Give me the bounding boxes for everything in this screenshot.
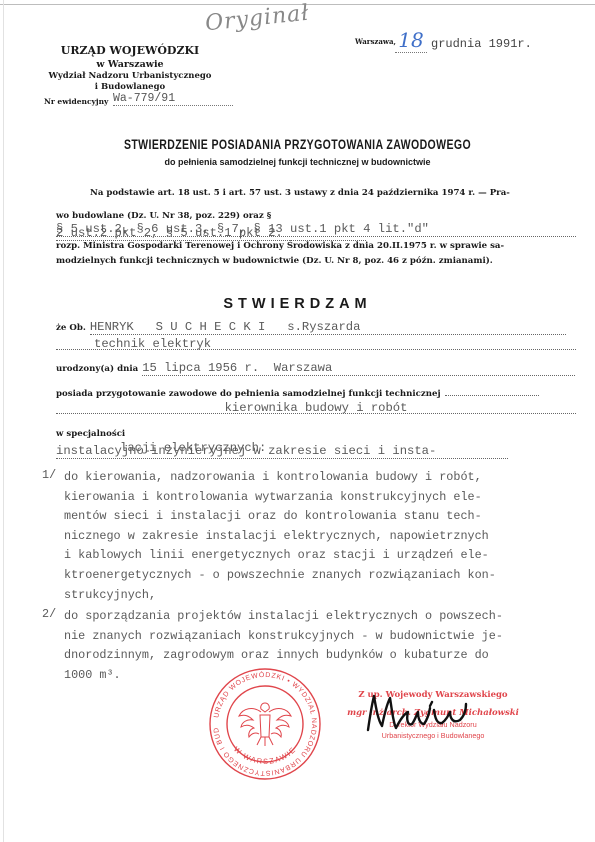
official-round-stamp: URZĄD WOJEWÓDZKI • WYDZIAŁ NADZORU URBAN… [208, 667, 322, 781]
birth-label: urodzony(a) dnia [56, 364, 138, 374]
scope-line: mentów sieci i instalacji oraz do kontro… [64, 507, 496, 527]
scope-item-number: 1/ [42, 468, 56, 482]
date-month-year: grudnia 1991r. [431, 37, 532, 51]
legal-basis-fill2: § 5 ust.2, § 6 ust.3, § 7, § 13 ust.1 pk… [56, 222, 576, 237]
scope-line: strukcyjnych, [64, 586, 496, 606]
handwritten-annotation: Oryginał [204, 1, 311, 37]
scope-line: nicznego w zakresie instalacji elektrycz… [64, 527, 496, 547]
scope-item-number: 2/ [42, 607, 56, 621]
specialty-line2: lacji elektrycznych: [120, 441, 266, 455]
person-row: że Ob. HENRYK S U C H E C K I s.Ryszarda [56, 317, 576, 335]
scope-line: do sporządzania projektów instalacji ele… [64, 607, 503, 627]
profession-row: technik elektryk [56, 334, 576, 350]
birth-value: 15 lipca 1956 r. Warszawa [142, 361, 575, 376]
office-city: w Warszawie [40, 59, 220, 70]
function-value: kierownika budowy i robót [225, 401, 408, 415]
scope-line: kierowania i kontrolowania wytwarzania k… [64, 488, 496, 508]
birth-row: urodzony(a) dnia 15 lipca 1956 r. Warsza… [56, 358, 576, 376]
qualification-blank [445, 386, 539, 396]
scope-line: i kablowych linii energetycznych oraz st… [64, 546, 496, 566]
scope-line: nie znanych rozwiązaniach konstrukcyjnyc… [64, 627, 503, 647]
document-subtitle: do pełnienia samodzielnej funkcji techni… [0, 157, 595, 167]
legal-basis-line1: Na podstawie art. 18 ust. 5 i art. 57 us… [90, 188, 510, 198]
handwritten-signature [360, 690, 470, 736]
scope-line: ktroenergetycznych - o powszechnie znany… [64, 566, 496, 586]
place-label: Warszawa, [355, 37, 396, 46]
date-day: 18 [395, 28, 427, 53]
registry-number: Wa-779/91 [113, 92, 233, 106]
function-row: kierownika budowy i robót [56, 398, 576, 414]
scope-line: do kierowania, nadzorowania i kontrolowa… [64, 468, 496, 488]
scope-line: dnorodzinnym, zagrodowym oraz innych bud… [64, 646, 503, 666]
legal-basis-line5: modzielnych funkcji technicznych w budow… [56, 256, 493, 266]
legal-basis-line2-prefix: wo budowlane (Dz. U. Nr 38, poz. 229) or… [56, 211, 271, 221]
issue-date: 18 grudnia 1991r. [395, 28, 532, 53]
declaration-heading: STWIERDZAM [0, 296, 595, 312]
legal-basis-line4: rozp. Ministra Gospodarki Terenowej i Oc… [56, 241, 504, 251]
department-line1: Wydział Nadzoru Urbanistycznego [40, 71, 220, 81]
document-title: STWIERDZENIE POSIADANIA PRZYGOTOWANIA ZA… [65, 137, 529, 152]
department-line2: i Budowlanego [40, 82, 220, 92]
registry-label: Nr ewidencyjny [44, 97, 108, 106]
person-name: HENRYK S U C H E C K I s.Ryszarda [90, 320, 566, 335]
specialty-label: w specjalności [56, 429, 125, 439]
profession: technik elektryk [56, 337, 211, 351]
page-edge-left [3, 0, 4, 842]
person-label: że Ob. [56, 323, 86, 333]
office-name: URZĄD WOJEWÓDZKI [40, 44, 220, 57]
eagle-emblem-icon [239, 703, 291, 746]
